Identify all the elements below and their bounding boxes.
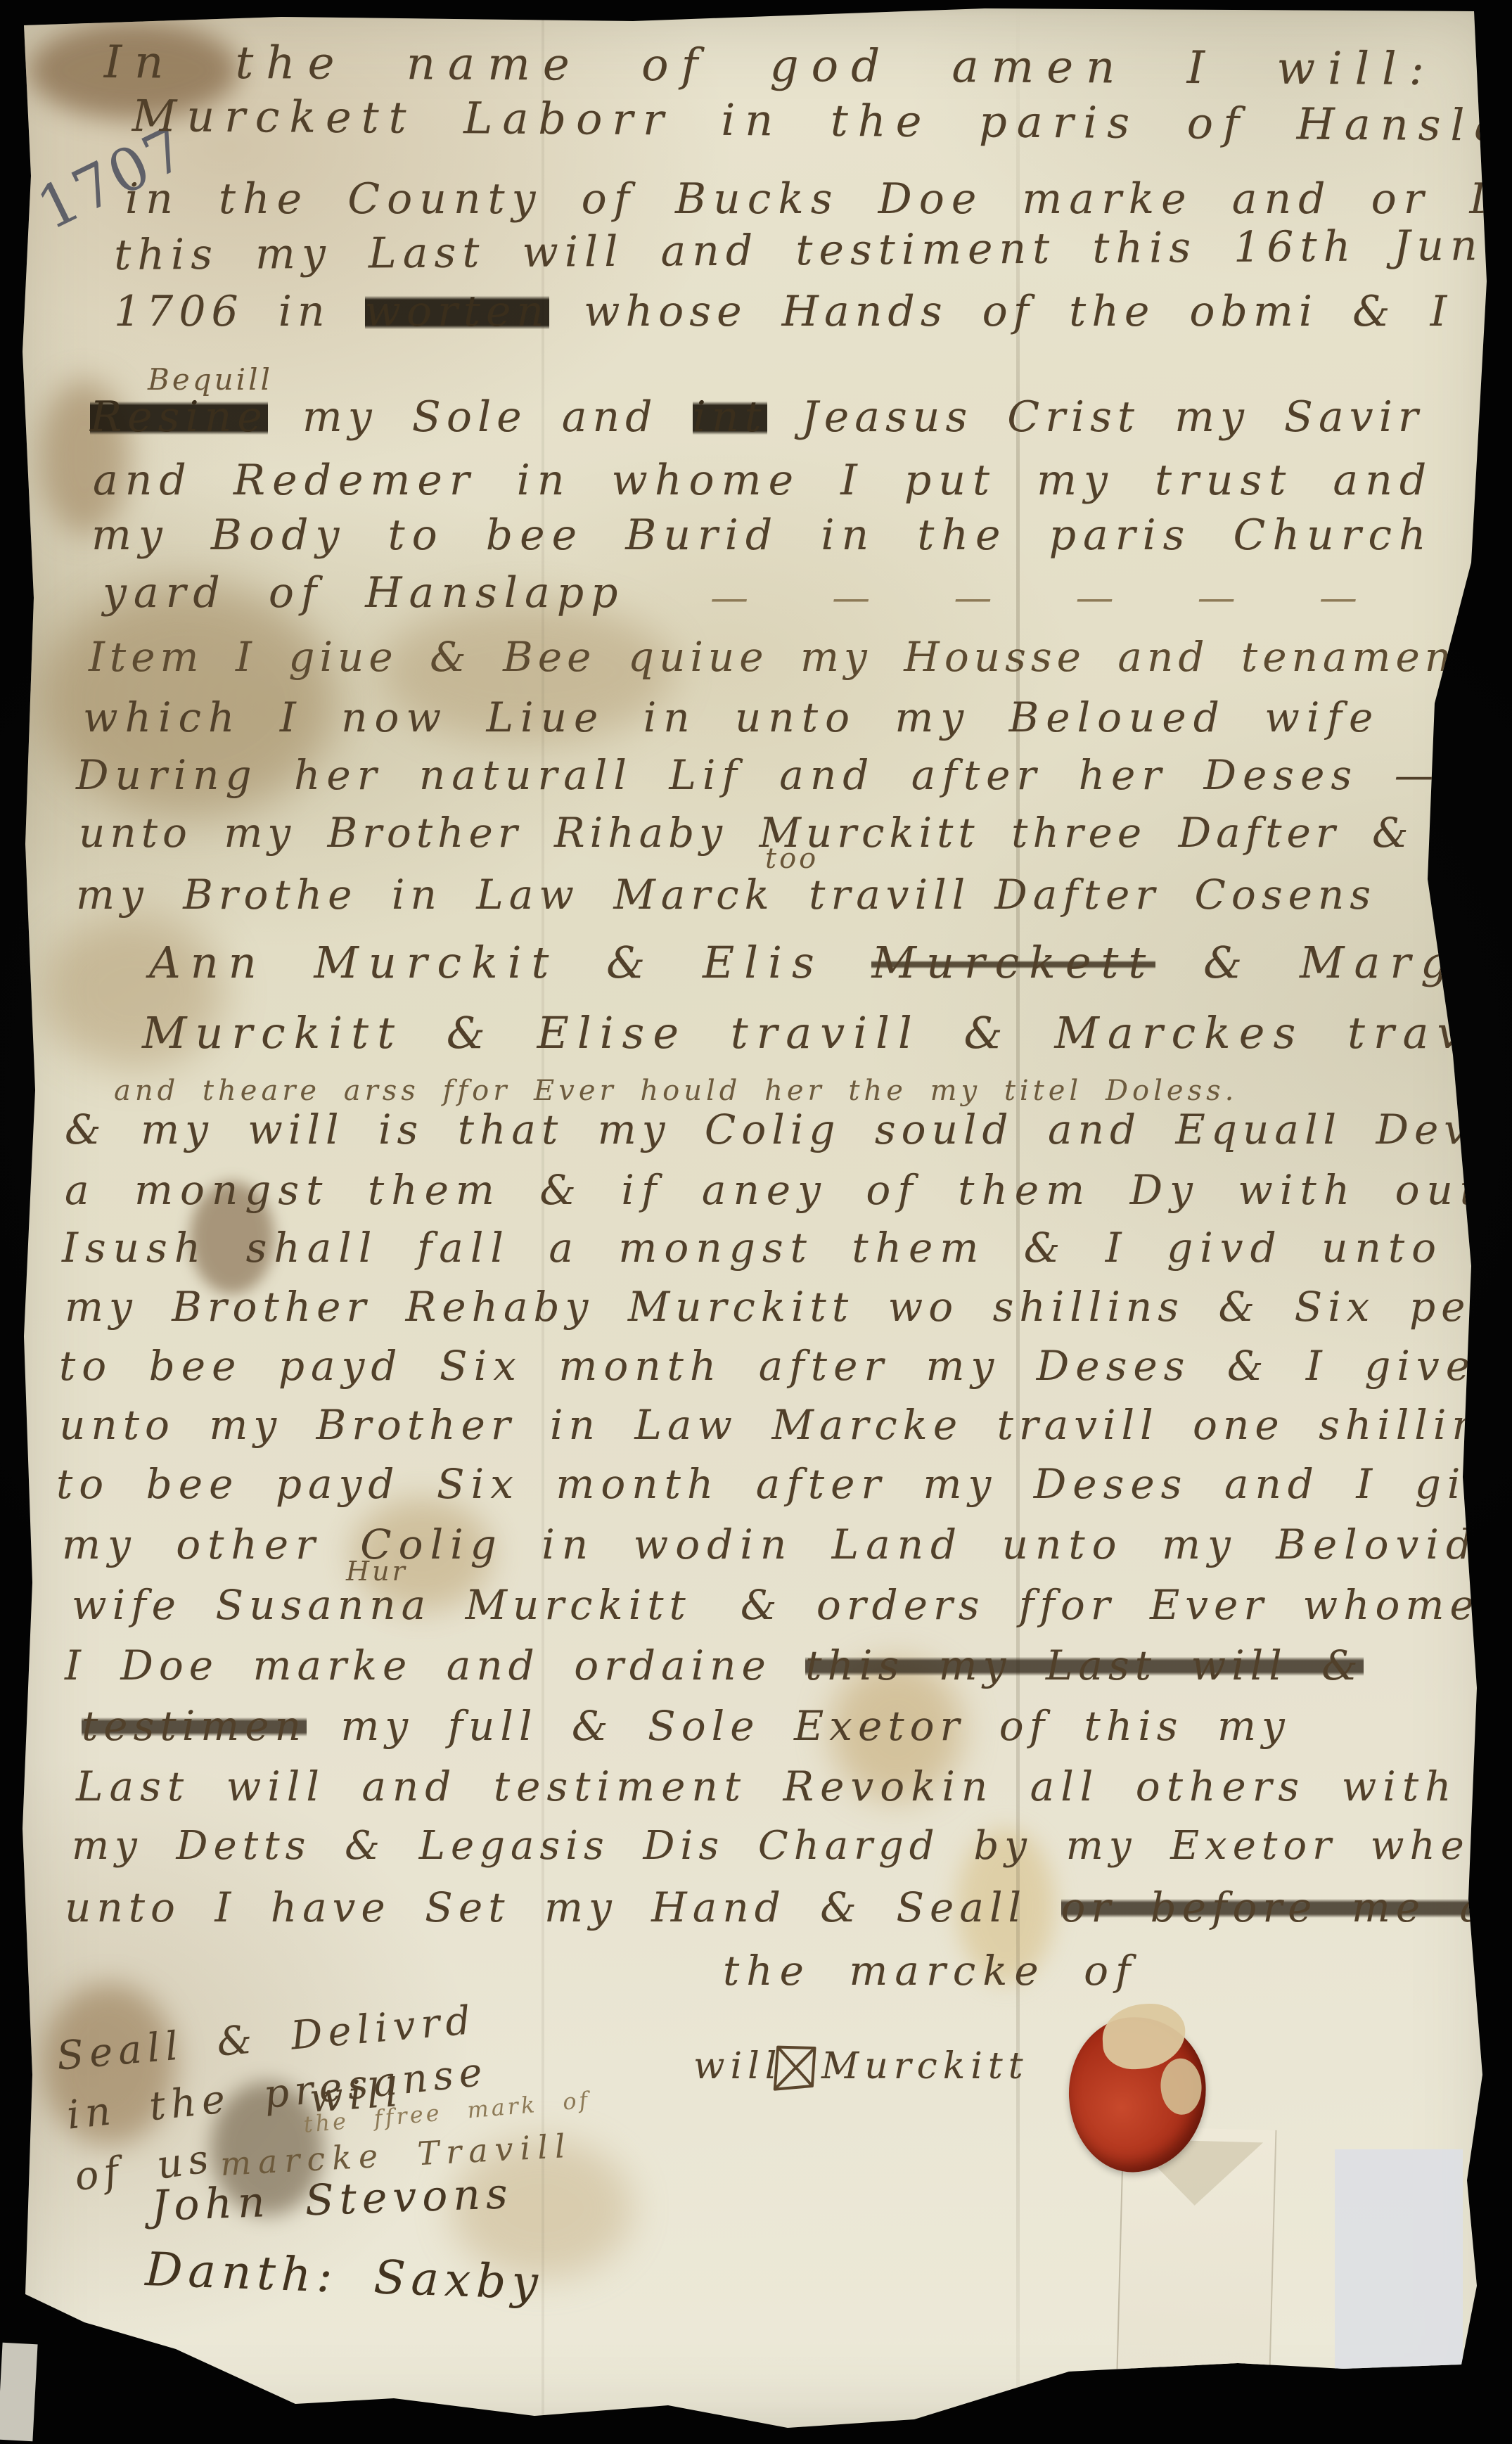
testator-name-last: Murckitt (821, 2045, 1029, 2087)
line-fragment: unto I have Set my Hand & Seall (65, 1883, 1061, 1931)
manuscript-line: my Body to bee Burid in the paris Church (91, 511, 1433, 560)
line-fragment: my Sole and (268, 392, 693, 442)
line-fragment: Ann Murckit & Elis (149, 937, 871, 988)
manuscript-line: the marcke of (723, 1947, 1138, 1995)
manuscript-line: a mongst them & if aney of them Dy with … (65, 1166, 1483, 1214)
crossed-out-word: Murckett (871, 937, 1155, 988)
line-fragment: & orders ffor Ever whome (741, 1581, 1480, 1629)
vertical-fold-crease (542, 0, 544, 2444)
manuscript-line: Murckett Laborr in the paris of Hanslapp (132, 90, 1512, 151)
line-fragment: my full & Sole Exetor of this my (307, 1702, 1290, 1750)
manuscript-line: yard of Hanslapp (103, 568, 625, 618)
wax-seal (1065, 2014, 1210, 2175)
manuscript-line: unto my Brother Rihaby Murckitt three Da… (79, 809, 1414, 857)
backing-paper-edge (1335, 2149, 1463, 2369)
manuscript-line: Isush shall fall a mongst them & I givd … (62, 1224, 1443, 1272)
manuscript-line: my Detts & Legasis Dis Chargd by my Exet… (72, 1823, 1512, 1869)
line-fragment: Dafter Cosens (994, 871, 1376, 919)
line-fragment: wife Susanna Murckitt (72, 1581, 691, 1629)
manuscript-line: 1706 in worten whose Hands of the obmi &… (114, 287, 1452, 336)
manuscript-line: testimen my full & Sole Exetor of this m… (82, 1702, 1290, 1750)
manuscript-line: Ann Murckit & Elis Murckett & Margit (149, 937, 1509, 988)
manuscript-line: Murckitt & Elise travill & Marckes travi… (142, 1007, 1512, 1058)
manuscript-line: this my Last will and testiment this 16t… (114, 221, 1512, 280)
crossed-out-word: worten (365, 287, 549, 336)
witness-signature: Danth: Saxby (144, 2242, 544, 2310)
manuscript-line: In the name of god amen I will: (104, 37, 1437, 96)
crossed-out-phrase: this my Last will & (805, 1642, 1364, 1689)
manuscript-line: unto my Brother in Law Marcke travill on… (59, 1401, 1512, 1449)
manuscript-line: Item I giue & Bee quiue my Housse and te… (89, 633, 1503, 681)
inserted-word: Bequill (148, 362, 273, 397)
manuscript-line: I Doe marke and ordaine this my Last wil… (65, 1642, 1364, 1689)
manuscript-line: During her naturall Lif and after her De… (76, 751, 1442, 799)
manuscript-line: Last will and testiment Revokin all othe… (76, 1762, 1457, 1810)
crossed-out-phrase: or before me and (1061, 1883, 1512, 1931)
line-fragment: 1706 in (114, 287, 365, 336)
line-fragment: Jeasus Crist my Savir (767, 392, 1424, 442)
photo-background: 1707 In the name of god amen I will: Mur… (0, 0, 1512, 2444)
manuscript-line: Resine my Sole and int Jeasus Crist my S… (90, 392, 1424, 442)
interlined-note: and theare arss ffor Ever hould her the … (114, 1075, 1238, 1107)
manuscript-line: my other Colig in wodin Land unto my Bel… (62, 1521, 1479, 1568)
manuscript-paper: 1707 In the name of god amen I will: Mur… (0, 0, 1512, 2444)
manuscript-line: in the County of Bucks Doe marke and or … (125, 174, 1512, 224)
line-fragment: I Doe marke and ordaine (65, 1642, 805, 1689)
line-fragment: whose Hands of the obmi & I (549, 287, 1452, 336)
line-fragment: my Brothe in Law Marck travill (76, 871, 970, 919)
manuscript-line: my Brothe in Law Marck travillDafter Cos… (76, 871, 1376, 919)
testator-mark-icon (764, 2036, 823, 2101)
manuscript-line: wife Susanna Murckitt& orders ffor Ever … (72, 1581, 1480, 1629)
manuscript-line: and Redemer in whome I put my trust and (93, 456, 1433, 505)
ruled-dashes: — — — — — — (710, 575, 1385, 620)
manuscript-line: to bee payd Six month after my Deses and… (56, 1460, 1512, 1508)
manuscript-line: & my will is that my Colig sould and Equ… (65, 1106, 1512, 1153)
manuscript-line: unto I have Set my Hand & Seall or befor… (65, 1883, 1512, 1931)
crossed-out-word: testimen (82, 1702, 307, 1750)
line-fragment: & Margit (1155, 937, 1509, 988)
manuscript-line: my Brother Rehaby Murckitt wo shillins &… (65, 1283, 1512, 1331)
manuscript-line: which I now Liue in unto my Beloued wife (83, 693, 1380, 741)
backing-paper-edge (0, 2343, 38, 2441)
crossed-out-word: Resine (90, 392, 268, 442)
crossed-out-word: int (693, 392, 767, 442)
manuscript-line: to bee payd Six month after my Deses & I… (59, 1342, 1476, 1390)
